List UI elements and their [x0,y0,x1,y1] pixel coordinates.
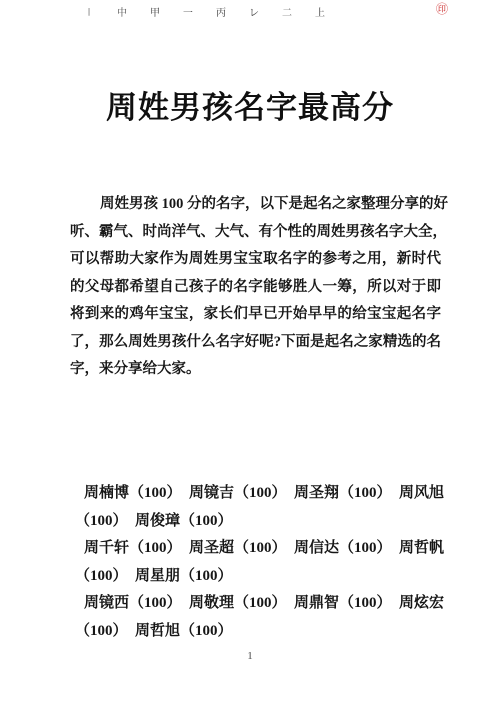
paragraph-line: 字，来分享给大家。 [70,356,441,384]
top-ruler-marks: ㆐㆗㆙㆒㆛㆑㆓㆖ [84,3,348,17]
ruler-mark-icon: ㆖ [315,7,348,21]
body-paragraph: 周姓男孩 100 分的名字，以下是起名之家整理分享的好听、霸气、时尚洋气、大气、… [70,191,441,384]
name-list-line: （100） 周俊璋（100） [75,508,440,536]
ruler-mark-icon: ㆗ [117,7,150,21]
paragraph-line: 的父母都希望自己孩子的名字能够胜人一筹，所以对于即 [70,274,441,302]
ruler-mark-icon: ㆙ [150,7,183,21]
page-number: 1 [0,650,500,662]
name-list-line: 周镜西（100） 周敬理（100） 周鼎智（100） 周炫宏 [75,590,440,618]
paragraph-line: 周姓男孩 100 分的名字，以下是起名之家整理分享的好 [70,191,441,219]
names-list: 周楠博（100） 周镜吉（100） 周圣翔（100） 周风旭（100） 周俊璋（… [75,480,440,645]
paragraph-line: 听、霸气、时尚洋气、大气、有个性的周姓男孩名字大全， [70,219,441,247]
paragraph-line: 可以帮助大家作为周姓男宝宝取名字的参考之用，新时代 [70,246,441,274]
ruler-mark-icon: ㆐ [84,7,117,21]
name-list-line: 周千轩（100） 周圣超（100） 周信达（100） 周哲帆 [75,535,440,563]
ruler-mark-icon: ㆛ [216,7,249,21]
document-page: ㆐㆗㆙㆒㆛㆑㆓㆖ ㊞ 周姓男孩名字最高分 周姓男孩 100 分的名字，以下是起名… [0,0,500,707]
name-list-line: （100） 周星朋（100） [75,563,440,591]
name-list-line: （100） 周哲旭（100） [75,618,440,646]
paragraph-line: 了，那么周姓男孩什么名字好呢?下面是起名之家精选的名 [70,329,441,357]
ruler-mark-icon: ㆓ [282,7,315,21]
ruler-mark-icon: ㆑ [249,7,282,21]
ruler-mark-icon: ㆒ [183,7,216,21]
page-title: 周姓男孩名字最高分 [0,82,500,127]
name-list-line: 周楠博（100） 周镜吉（100） 周圣翔（100） 周风旭 [75,480,440,508]
paragraph-line: 将到来的鸡年宝宝，家长们早已开始早早的给宝宝起名字 [70,301,441,329]
red-stamp-icon: ㊞ [436,2,448,16]
